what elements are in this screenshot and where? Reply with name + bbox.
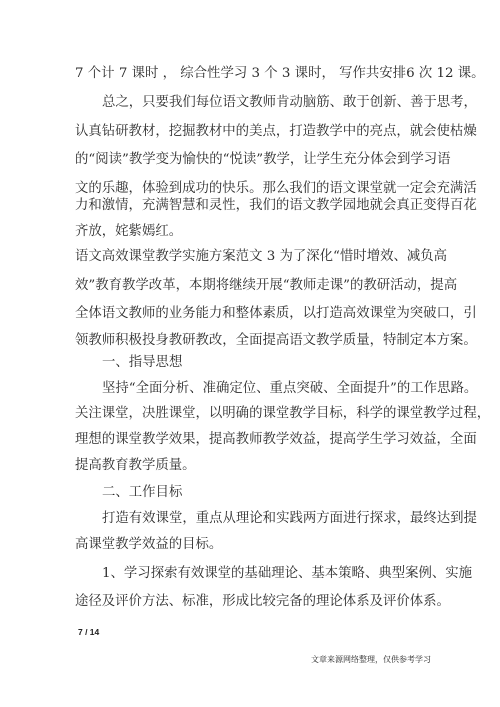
text-line: 领教师积极投身教研教改，全面提高语文教学质量，特制定本方案。 <box>75 332 440 350</box>
text-line: 总之，只要我们每位语文教师肯动脑筋、敢于创新、善于思考， <box>102 94 440 112</box>
text-line: 坚持“全面分析、准确定位、重点突破、全面提升”的工作思路。 <box>102 380 440 398</box>
text-line: 全体语文教师的业务能力和整体素质，以打造高效课堂为突破口，引 <box>75 305 440 323</box>
text-line: 1、学习探索有效课堂的基础理论、基本策略、典型案例、实施 <box>102 565 440 583</box>
text-line: 语文高效课堂教学实施方案范文 3 为了深化“惜时增效、减负高 <box>75 248 440 266</box>
text-line: 齐放，姹紫嫣红。 <box>75 223 440 241</box>
text-line: 一、指导思想 <box>102 354 440 372</box>
text-line: 认真钻研教材，挖掘教材中的美点，打造教学中的亮点，就会使枯燥 <box>75 123 440 141</box>
text-line: 提高教育教学质量。 <box>75 457 440 475</box>
text-line: 效”教育教学改革，本期将继续开展“教师走课”的教研活动，提高 <box>75 277 440 295</box>
text-line: 理想的课堂教学效果，提高教师教学效益，提高学生学习效益，全面 <box>75 431 440 449</box>
page-number: 7 / 14 <box>78 627 99 637</box>
document-page: 7 个计 7 课时 ， 综合性学习 3 个 3 课时， 写作共安排6 次 12 … <box>0 0 500 707</box>
footer-source-note: 文章来源网络整理，仅供参考学习 <box>311 654 431 665</box>
text-line: 高课堂教学效益的目标。 <box>75 536 440 554</box>
text-line: 7 个计 7 课时 ， 综合性学习 3 个 3 课时， 写作共安排6 次 12 … <box>75 65 440 83</box>
text-line: 二、工作目标 <box>102 484 440 502</box>
text-line: 途径及评价方法、标准，形成比较完备的理论体系及评价体系。 <box>75 593 440 611</box>
text-line: 力和激情，充满智慧和灵性，我们的语文教学园地就会真正变得百花 <box>75 197 440 215</box>
text-line: 的“阅读”教学变为愉快的“悦读”教学，让学生充分体会到学习语 <box>75 151 440 169</box>
text-line: 文的乐趣，体验到成功的快乐。那么我们的语文课堂就一定会充满活 <box>75 180 440 198</box>
text-line: 关注课堂，决胜课堂，以明确的课堂教学目标，科学的课堂教学过程， <box>75 405 440 423</box>
text-line: 打造有效课堂，重点从理论和实践两方面进行探求，最终达到提 <box>102 510 440 528</box>
